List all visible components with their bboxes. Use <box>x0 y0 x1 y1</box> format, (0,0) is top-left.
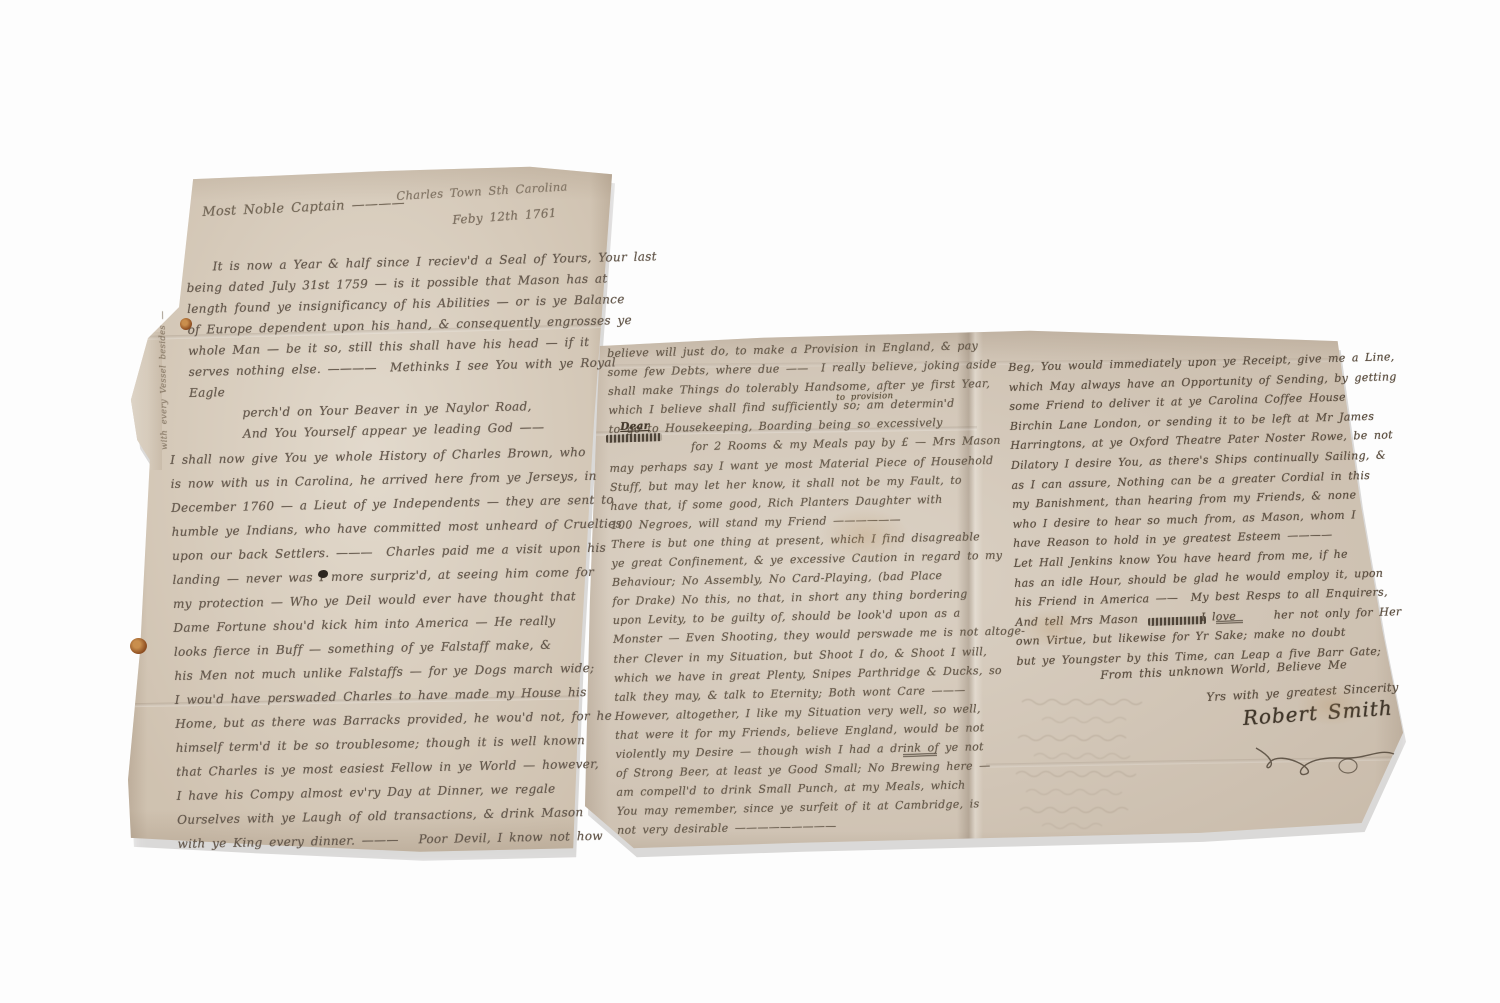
wax-spot <box>180 318 192 330</box>
interline-insertion: to provision <box>836 391 893 403</box>
show-through-writing <box>1012 694 1202 834</box>
signature-flourish <box>1248 736 1398 778</box>
folded-edge-flap <box>128 332 162 470</box>
wax-spot <box>130 638 147 654</box>
page1-paragraph-2: I shall now give You ye whole History of… <box>170 439 628 856</box>
photograph-of-letter: Charles Town Sth Carolina Feby 12th 1761… <box>0 0 1500 1003</box>
strikethrough-mark <box>1216 619 1243 626</box>
page2-lines: believe will just do, to make a Provisio… <box>607 335 1029 840</box>
page1-paragraph-1: It is now a Year & half since I reciev'd… <box>186 246 661 446</box>
stain <box>1020 608 1084 648</box>
correction-word: Dear <box>620 420 650 433</box>
strikethrough-mark <box>903 751 937 758</box>
stain <box>1296 684 1366 726</box>
stain <box>820 508 910 563</box>
ink-blot <box>318 570 328 578</box>
